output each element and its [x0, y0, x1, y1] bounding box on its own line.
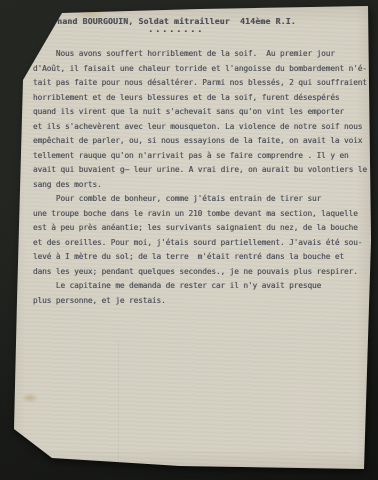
text-line: horriblement et de leurs blessures et de… — [33, 91, 378, 106]
text-line: dans les yeux; pendant quelques secondes… — [33, 265, 378, 280]
text-line: quand ils virent que la nuit s'achevait … — [33, 105, 378, 120]
text-line: avait qui buvaient g̶ leur urine. A vrai… — [33, 163, 378, 178]
text-line: une troupe boche dans le ravin un 210 to… — [33, 207, 378, 222]
paper-crease-horizontal — [20, 452, 350, 454]
text-line: tait pas faite pour nous désaltérer. Par… — [33, 76, 378, 91]
text-line: d'Août, il faisait une chaleur torride e… — [33, 62, 378, 77]
text-line: tellement rauque qu'on n'arrivait pas à … — [33, 149, 378, 164]
text-line: sang des morts. — [33, 178, 378, 193]
text-line: et ils s'achevèrent avec leur mousqueton… — [33, 120, 378, 135]
text-line: est à peu près anéantie; les survivants … — [33, 221, 378, 236]
text-line: empêchait de parler, ou, si nous essayio… — [33, 134, 378, 149]
paper-sheet-wrapper: Fernand BOURGOUIN, Soldat mitrailleur 41… — [0, 0, 378, 480]
text-line: plus personne, et je restais. — [33, 294, 378, 309]
text-line: Nous avons souffert horriblement de la s… — [33, 47, 378, 62]
text-line: Pour comble de bonheur, comme j'étais en… — [33, 192, 378, 207]
text-line: Le capitaine me demanda de rester car il… — [33, 279, 378, 294]
paper-crease-vertical — [118, 340, 120, 466]
photographed-archive-page: { "colors": { "background_mat": "#1e201d… — [0, 0, 378, 480]
text-line: levé à I mètre du sol; de la terre m'éta… — [33, 250, 378, 265]
separator-dots: ........ — [148, 25, 204, 35]
document-page: Fernand BOURGOUIN, Soldat mitrailleur 41… — [0, 0, 378, 480]
document-body: Nous avons souffert horriblement de la s… — [33, 47, 378, 308]
text-line: et des oreilles. Pour moi, j'étais sourd… — [33, 236, 378, 251]
